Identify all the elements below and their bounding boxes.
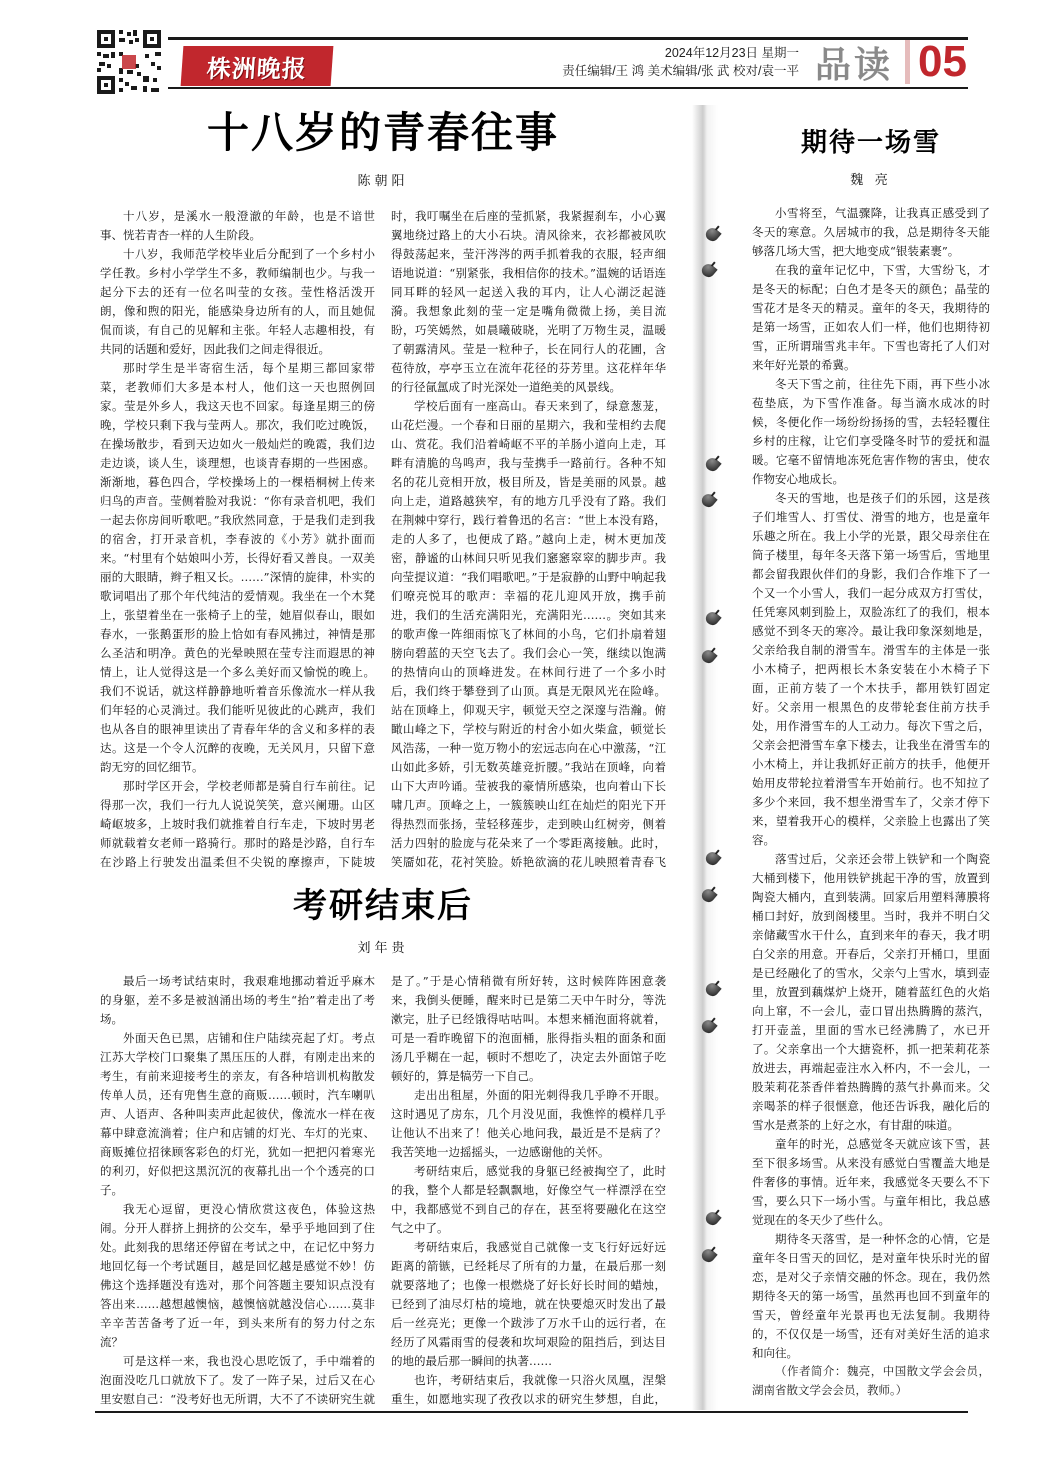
paragraph: 走出出租屋，外面的阳光刺得我几乎睁不开眼。这时遇见了房东，几个月没见面，我憔悴的… (391, 1086, 666, 1162)
article-body: 最后一场考试结束时，我艰难地挪动着近乎麻木的身躯，差不多是被汹涌出场的考生“抬”… (100, 972, 666, 1424)
newspaper-page: 株洲晚报 2024年12月23日 星期一 责任编辑/王 鸿 美术编辑/张 武 校… (0, 0, 1039, 1459)
paragraph: 十八岁，是溪水一般澄澈的年龄，也是不谙世事、恍若青杏一样的人生阶段。 (100, 207, 375, 245)
paragraph: 我无心逗留，更没心情欣赏这夜色，体验这热闹。分开人群挤上拥挤的公交车，晕乎乎地回… (100, 1200, 375, 1352)
author-bio: （作者简介：魏亮，中国散文学会会员，湖南省散文学会会员，教师。） (752, 1363, 990, 1401)
paragraph: 考研结束后，我感觉自己就像一支飞行好远好远距离的箭镞，已经耗尽了所有的力量，在最… (391, 1238, 666, 1371)
header-bottom-rule (168, 87, 968, 89)
article-after-exam: 考研结束后 刘年贵 最后一场考试结束时，我艰难地挪动着近乎麻木的身躯，差不多是被… (100, 878, 666, 1424)
paragraph: 十八岁，我师范学校毕业后分配到了一个乡村小学任教。乡村小学学生不多，教师编制也少… (100, 245, 375, 359)
paragraph: 考研结束后，感觉我的身躯已经被掏空了，此时的我，整个人都是轻飘飘地，好像空气一样… (391, 1162, 666, 1238)
paragraph: 冬天的雪地，也是孩子们的乐园，这是孩子们堆雪人、打雪仗、滑雪的地方，也是童年乐趣… (752, 489, 990, 850)
article-author: 陈朝阳 (100, 170, 666, 189)
section-divider-bar (905, 40, 910, 84)
masthead-logo: 株洲晚报 (181, 46, 334, 86)
article-author: 刘年贵 (100, 937, 666, 956)
header-meta: 2024年12月23日 星期一 责任编辑/王 鸿 美术编辑/张 武 校对/袁一平 (562, 44, 799, 80)
article-body: 十八岁，是溪水一般澄澈的年龄，也是不谙世事、恍若青杏一样的人生阶段。十八岁，我师… (100, 207, 666, 885)
article-title: 期待一场雪 (752, 122, 990, 159)
paragraph: 最后一场考试结束时，我艰难地挪动着近乎麻木的身躯，差不多是被汹涌出场的考生“抬”… (100, 972, 375, 1029)
paragraph: 外面天色已黑，店铺和住户陆续亮起了灯。考点江苏大学校门口聚集了黑压压的人群，有刚… (100, 1029, 375, 1200)
section-label: 品读 (815, 37, 893, 88)
paragraph: 在我的童年记忆中，下雪，大雪纷飞，才是冬天的标配；白色才是冬天的颜色；晶莹的雪花… (752, 261, 990, 375)
article-body: 小雪将至，气温骤降，让我真正感受到了冬天的寒意。久居城市的我，总是期待冬天能够落… (752, 204, 990, 1432)
paragraph: 期待冬天落雪，是一种怀念的心情，它是童年冬日雪天的回忆，是对童年快乐时光的留恋，… (752, 1230, 990, 1363)
paragraph: 那时学生是半寄宿生活，每个星期三都回家带菜，老教师们大多是本村人，他们这一天也照… (100, 359, 375, 777)
date-line: 2024年12月23日 星期一 (562, 44, 799, 62)
article-expecting-snow: 期待一场雪 魏 亮 小雪将至，气温骤降，让我真正感受到了冬天的寒意。久居城市的我… (752, 122, 990, 1432)
article-youth-memories: 十八岁的青春往事 陈朝阳 十八岁，是溪水一般澄澈的年龄，也是不谙世事、恍若青杏一… (100, 100, 666, 885)
section-block: 品读 05 (815, 38, 967, 86)
qr-code-icon (95, 28, 163, 96)
paragraph: 童年的时光，总感觉冬天就应该下雪，甚至下很多场雪。从来没有感觉白雪覆盖大地是件奢… (752, 1135, 990, 1230)
editors-line: 责任编辑/王 鸿 美术编辑/张 武 校对/袁一平 (562, 62, 799, 80)
article-title: 十八岁的青春往事 (100, 100, 666, 160)
paragraph: 落雪过后，父亲还会带上铁铲和一个陶瓷大桶到楼下，他用铁铲挑起干净的雪，放置到陶瓷… (752, 850, 990, 1135)
article-title: 考研结束后 (100, 878, 666, 927)
article-author: 魏 亮 (752, 169, 990, 188)
page-number: 05 (918, 37, 967, 87)
page-bottom-rule (95, 1411, 968, 1413)
paragraph: 冬天下雪之前，往往先下雨，再下些小冰苞垫底，为下雪作准备。每当滴水成冰的时候，冬… (752, 375, 990, 489)
paragraph: 小雪将至，气温骤降，让我真正感受到了冬天的寒意。久居城市的我，总是期待冬天能够落… (752, 204, 990, 261)
